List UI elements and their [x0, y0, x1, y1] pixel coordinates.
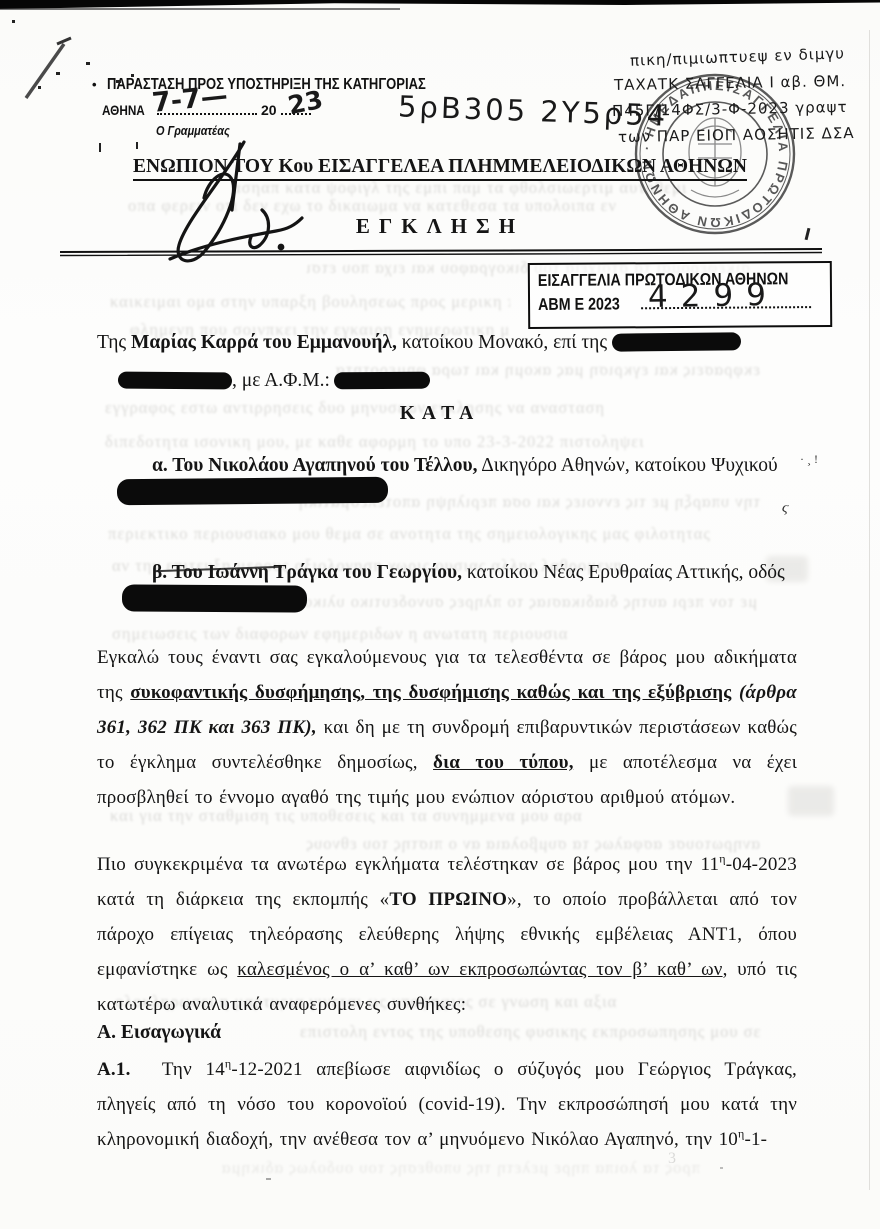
a1-text: -1- [744, 1129, 767, 1150]
redaction-bar [118, 372, 232, 390]
stamp-year-prefix: 20 [261, 102, 277, 118]
scanned-complaint-page: ασηαπ κατα ψοφιγλ της εμπι παμ τα φθολσι… [0, 0, 880, 1229]
bleed-line: διπεδοτητα ισονικη μου, με καθε αφορμη τ… [105, 432, 760, 452]
secretary-signature [150, 140, 330, 275]
defendant-a-line: α. Του Νικολάου Αγαπηνού του Τέλλου, Δικ… [152, 455, 778, 477]
document-title: ΕΓΚΛΗΣΗ [0, 214, 880, 239]
complainant-line-2: , με Α.Φ.Μ.: [118, 370, 430, 392]
speck [266, 1178, 271, 1180]
defendant-a-index: α. Του [152, 455, 208, 476]
margin-dots-mark: ·¸! [800, 452, 821, 467]
double-rule [0, 244, 880, 260]
a1-text: Την 14 [149, 1059, 225, 1080]
redaction-bar-address-b [122, 584, 307, 612]
handwritten-note-4: των ΠΑΡ ΕΙΟΠ ΑΟΣΗΤΙΣ ΔΣΑ [618, 124, 855, 146]
margin-squiggle-mark: ϛ [780, 499, 790, 517]
accusation-press: δια του τύπου, [433, 752, 574, 773]
handwritten-note-1: πικη/πιμιωπτυεψ εν διμγυ [630, 44, 845, 69]
abm-ref: ΑΒΜ Ε 2023 [538, 294, 620, 315]
stamp-secretary-label: Ο Γραμματέας [156, 123, 230, 138]
handwritten-note-2: ΤΑΧΑΤΚ ΣΑΓΓΕΛΙΑ Ι αβ. ΘΜ. [614, 72, 846, 94]
paragraph-incident: Πιο συγκεκριμένα τα ανωτέρω εγκλήματα τε… [97, 847, 797, 1022]
complainant-line-1: Της Μαρίας Καρρά του Εμμανουήλ, κατοίκου… [97, 332, 741, 354]
bleed-line: επιστολη εντος της υποθεσης φυσικης εκπρ… [300, 1022, 760, 1042]
scan-right-edge [869, 30, 870, 1190]
defendant-b-line: β. Του Ιωάννη Τράγκα του Γεωργίου, κατοί… [152, 562, 785, 584]
complainant-name: Μαρίας Καρρά του Εμμανουήλ, [131, 332, 397, 353]
bleed-line: περιεκτικο περιουσιακο μου θεμα σε ανοτη… [108, 524, 758, 544]
section-a-title: Α. Εισαγωγικά [97, 1022, 221, 1044]
a1-number: Α.1. [97, 1059, 131, 1080]
accusation-offenses: συκοφαντικής δυσφήμησης, της δυσφήμισης … [130, 682, 731, 703]
handwritten-abm-number: 4299 [648, 277, 780, 315]
defendant-b-name: Ιωάννη Τράγκα του Γεωργίου, [208, 562, 462, 583]
bleed-line: προς τα λοιπα πηρε μελετη της υποθεσης τ… [140, 1158, 700, 1178]
speck [720, 1167, 723, 1169]
show-name: ΤΟ ΠΡΩΙΝΟ [389, 889, 507, 910]
handwritten-note-3: Π45Γ/14ΦΣ/3-Φ-2023 γραψτ [612, 98, 848, 120]
bleed-line: καικειμαι ομα στην υπαρξη βουλησεως προς… [110, 292, 510, 312]
paragraph-accusation: Εγκαλώ τους έναντι σας εγκαλούμενους για… [97, 640, 797, 815]
incident-guest-clause: καλεσμένος ο α’ καθ’ ων εκπροσωπώντας το… [237, 959, 722, 980]
defendant-b-residence: κατοίκου Νέας Ερυθραίας Αττικής, οδός [462, 562, 785, 583]
afm-label: , με Α.Φ.Μ.: [232, 370, 330, 391]
redaction-bar-address-a [117, 477, 388, 505]
pen-mark-top-left [0, 0, 160, 170]
complainant-prefix: Της [97, 332, 131, 353]
defendant-a-residence: Δικηγόρο Αθηνών, κατοίκου Ψυχικού [477, 455, 777, 476]
complainant-residence: κατοίκου Μονακό, επί της [397, 332, 612, 353]
defendant-b-index: β. Του [152, 562, 208, 583]
kata-heading: ΚΑΤΑ [0, 403, 880, 425]
paragraph-a1: Α.1. Την 14η-12-2021 απεβίωσε αιφνιδίως … [97, 1052, 797, 1157]
redaction-bar [334, 372, 430, 390]
incident-text: Πιο συγκεκριμένα τα ανωτέρω εγκλήματα τε… [97, 854, 719, 875]
spacer-text [731, 682, 739, 703]
redaction-bar [612, 332, 741, 351]
defendant-a-name: Νικολάου Αγαπηνού του Τέλλου, [208, 455, 477, 476]
